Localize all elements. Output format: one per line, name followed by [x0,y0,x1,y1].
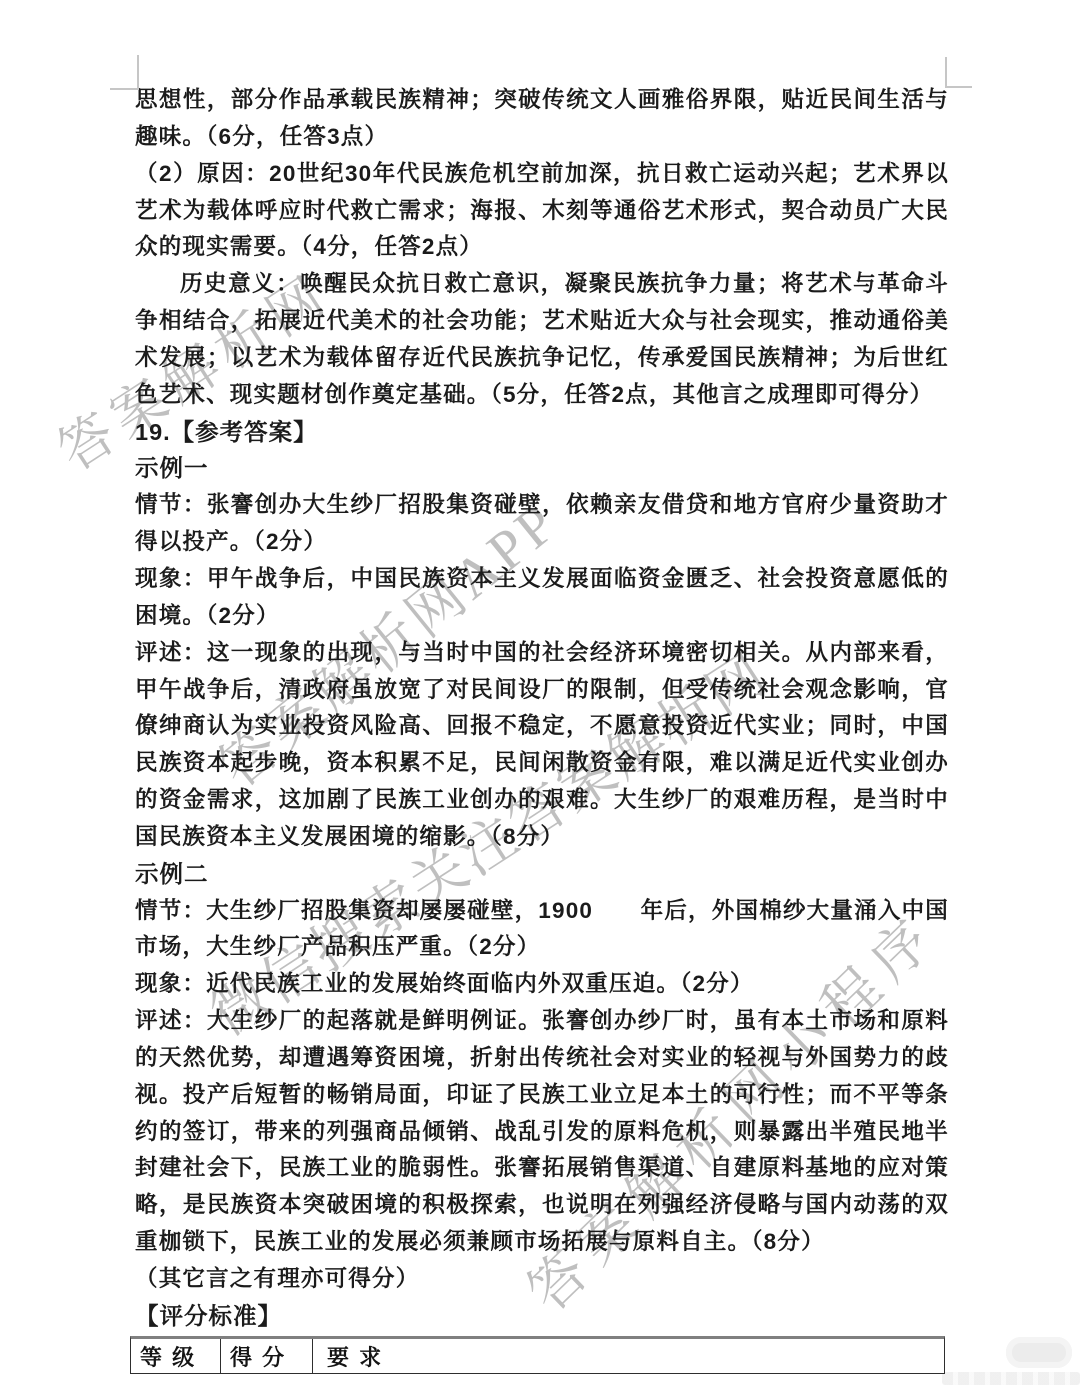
heading: 【评分标准】 [135,1298,949,1335]
paragraph: 思想性，部分作品承载民族精神；突破传统文人画雅俗界限，贴近民间生活与趣味。（6分… [135,82,949,156]
paragraph: 评述：这一现象的出现，与当时中国的社会经济环境密切相关。从内部来看，甲午战争后，… [135,635,949,856]
paragraph: 情节：张謇创办大生纱厂招股集资碰壁，依赖亲友借贷和地方官府少量资助才得以投产。（… [135,487,949,561]
crop-mark-top-left [110,55,139,90]
scoring-table: 等 级 得 分 要 求 [130,1336,945,1374]
paragraph: （其它言之有理亦可得分） [135,1261,949,1298]
faint-stamp-text [942,1372,1080,1385]
heading: 示例二 [135,856,949,893]
paragraph: （2）原因：20世纪30年代民族危机空前加深，抗日救亡运动兴起；艺术界以艺术为载… [135,156,949,267]
paragraph: 评述：大生纱厂的起落就是鲜明例证。张謇创办纱厂时，虽有本土市场和原料的天然优势，… [135,1003,949,1261]
faint-stamp-logo [1006,1337,1072,1368]
answer-key-text: 思想性，部分作品承载民族精神；突破传统文人画雅俗界限，贴近民间生活与趣味。（6分… [135,82,949,1335]
table-header-score: 得 分 [221,1339,313,1373]
heading: 19.【参考答案】 [135,414,949,451]
heading: 示例一 [135,450,949,487]
paragraph: 历史意义：唤醒民众抗日救亡意识，凝聚民族抗争力量；将艺术与革命斗争相结合，拓展近… [135,266,949,413]
paragraph: 现象：甲午战争后，中国民族资本主义发展面临资金匮乏、社会投资意愿低的困境。（2分… [135,561,949,635]
table-header-requirement: 要 求 [313,1339,944,1373]
crop-mark-top-right [945,57,972,88]
table-header-grade: 等 级 [131,1339,221,1373]
paragraph: 现象：近代民族工业的发展始终面临内外双重压迫。（2分） [135,966,949,1003]
paragraph: 情节：大生纱厂招股集资却屡屡碰壁，1900 年后，外国棉纱大量涌入中国市场，大生… [135,893,949,967]
